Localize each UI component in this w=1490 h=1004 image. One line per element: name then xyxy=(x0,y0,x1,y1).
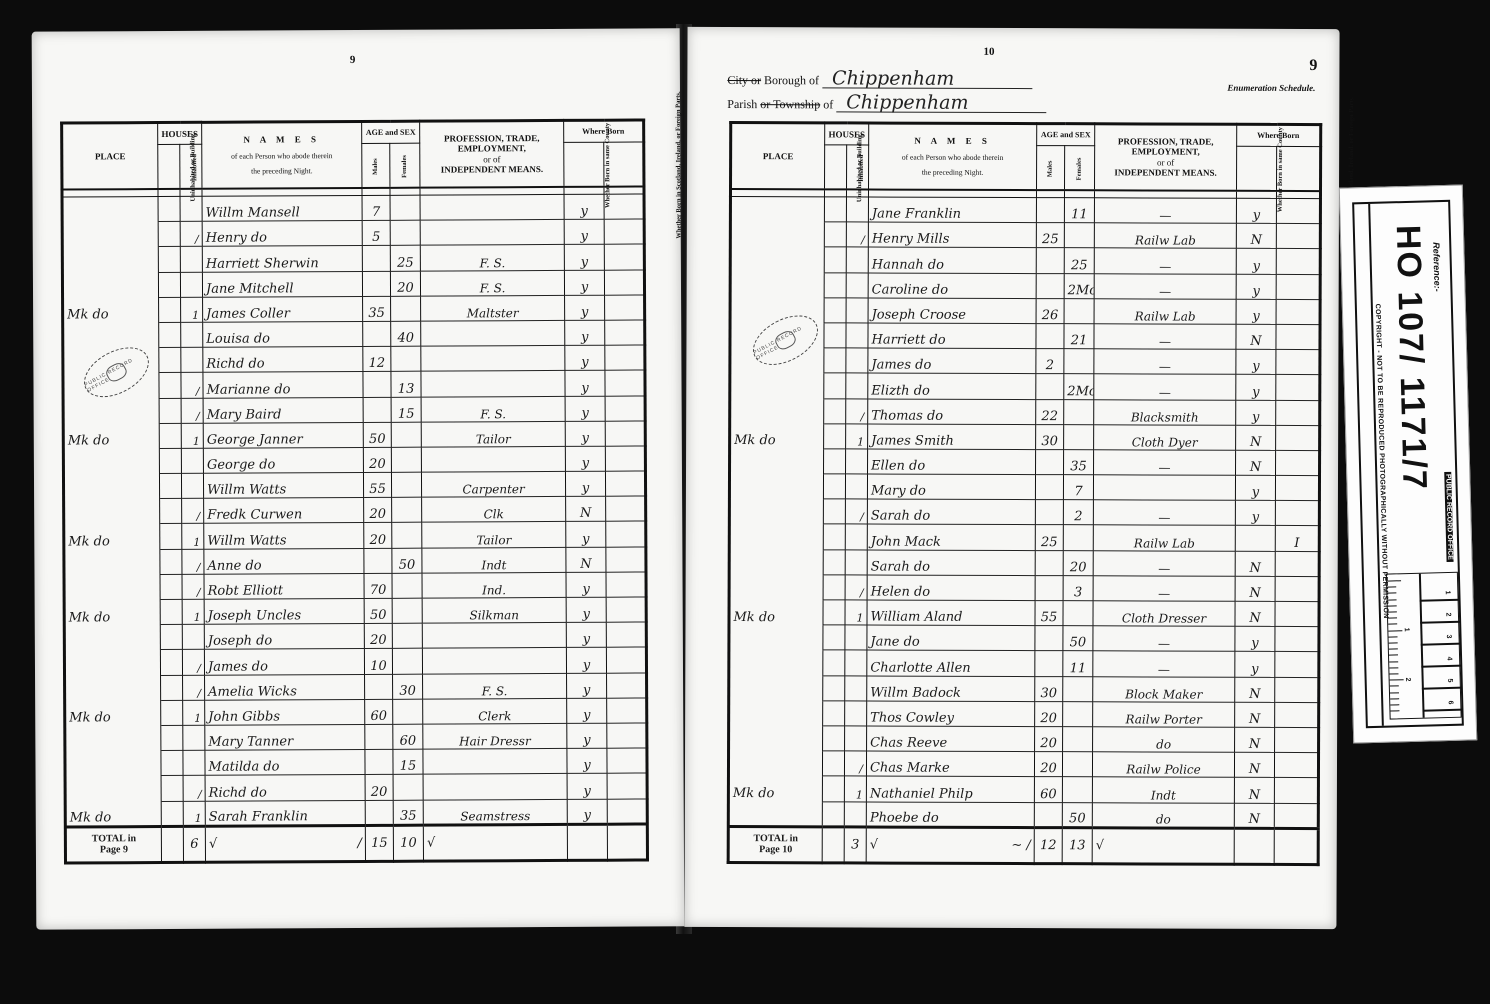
born-foreign-cell xyxy=(1276,350,1320,375)
female-age-cell: 2 xyxy=(1063,500,1093,525)
born-foreign-cell xyxy=(607,673,647,698)
male-age-cell xyxy=(1036,248,1064,273)
header-uninhabited: Uninhabited or Building xyxy=(158,144,180,188)
female-age-cell xyxy=(392,573,422,598)
inhabited-cell: / xyxy=(181,373,203,398)
census-row: Mk do1George Janner50Tailory xyxy=(63,421,645,449)
parish-value: Chippenham xyxy=(836,93,1046,113)
female-age-cell: 25 xyxy=(390,246,420,271)
name-cell: James Coller xyxy=(203,296,363,322)
profession-cell: Block Maker xyxy=(1093,676,1235,702)
male-age-cell: 20 xyxy=(363,447,391,472)
profession-cell xyxy=(421,371,565,397)
total-inhabited: 3 xyxy=(844,827,866,863)
total-row: TOTAL inPage 9 6 √/ 15 10 √ xyxy=(65,824,647,863)
inhabited-cell: / xyxy=(181,398,203,423)
uninhabited-cell xyxy=(823,625,845,650)
female-age-cell xyxy=(393,774,423,799)
borough-line: City or Borough of Chippenham xyxy=(727,69,1032,89)
female-age-cell xyxy=(391,422,421,447)
female-age-cell xyxy=(1063,727,1093,752)
place-cell xyxy=(63,448,159,474)
profession-cell: — xyxy=(1094,324,1236,350)
born-same-county-cell: N xyxy=(1235,551,1275,576)
profession-cell: — xyxy=(1093,500,1235,526)
born-foreign-cell xyxy=(1276,375,1320,400)
name-cell: Richd do xyxy=(205,775,365,801)
female-age-cell xyxy=(1064,349,1094,374)
born-same-county-cell: y xyxy=(1235,475,1275,500)
census-row: Mary do7y xyxy=(729,474,1319,501)
profession-cell: F. S. xyxy=(420,245,564,271)
inhabited-cell xyxy=(845,726,867,751)
male-age-cell: 25 xyxy=(1036,223,1064,248)
inhabited-cell xyxy=(846,298,868,323)
male-age-cell xyxy=(1034,802,1062,827)
female-age-cell: 2Mo xyxy=(1064,273,1094,298)
profession-cell: — xyxy=(1093,651,1235,677)
profession-cell: — xyxy=(1094,198,1236,224)
inhabited-cell: 1 xyxy=(844,776,866,801)
born-foreign-cell xyxy=(606,622,646,647)
scale-inch-tick xyxy=(1388,618,1397,619)
name-cell: James do xyxy=(868,348,1036,374)
male-age-cell: 60 xyxy=(1034,777,1062,802)
uninhabited-cell xyxy=(823,650,845,675)
uninhabited-cell xyxy=(160,574,182,599)
born-same-county-cell: y xyxy=(567,723,607,748)
census-row: Hannah do25—y xyxy=(730,247,1320,274)
inhabited-cell: / xyxy=(182,650,204,675)
uninhabited-cell xyxy=(159,322,181,347)
place-cell xyxy=(729,675,823,701)
reference-card: Reference:- HO 107/ 1171/7 COPYRIGHT - N… xyxy=(1339,184,1478,743)
name-cell: Joseph Uncles xyxy=(204,598,364,624)
total-profession: √ xyxy=(1092,827,1234,863)
uninhabited-cell xyxy=(824,272,846,297)
born-same-county-cell: y xyxy=(565,446,605,471)
name-cell: Harriett do xyxy=(868,323,1036,349)
scale-cm-label: 3 xyxy=(1445,634,1452,638)
right-page-number-corner: 9 xyxy=(1309,57,1317,75)
header-born-same-county: Whether Born in same County xyxy=(564,142,604,186)
place-cell xyxy=(729,574,823,600)
place-cell xyxy=(62,197,158,223)
uninhabited-cell xyxy=(823,549,845,574)
male-age-cell: 20 xyxy=(1035,727,1063,752)
born-same-county-cell: N xyxy=(1235,727,1275,752)
census-row: Richd do12y xyxy=(63,345,645,373)
census-row: Willm Watts55Carpentery xyxy=(63,471,645,499)
profession-cell: Seamstress xyxy=(423,799,567,825)
name-cell: Thomas do xyxy=(868,398,1036,424)
census-row: /Fredk Curwen20ClkN xyxy=(64,496,646,524)
right-page: 10 9 City or Borough of Chippenham Paris… xyxy=(684,27,1339,929)
census-row: Willm Mansell7y xyxy=(62,194,644,222)
male-age-cell: 26 xyxy=(1036,298,1064,323)
born-foreign-cell: I xyxy=(1275,526,1319,551)
uninhabited-cell xyxy=(161,776,183,801)
uninhabited-cell xyxy=(159,398,181,423)
name-cell: Sarah do xyxy=(867,499,1035,525)
profession-cell: Blacksmith xyxy=(1094,399,1236,425)
uninhabited-cell xyxy=(159,473,181,498)
uninhabited-cell xyxy=(823,600,845,625)
born-same-county-cell: N xyxy=(566,496,606,521)
male-age-cell: 20 xyxy=(364,624,392,649)
uninhabited-cell xyxy=(824,449,846,474)
born-foreign-cell xyxy=(607,748,647,773)
uninhabited-cell xyxy=(822,801,844,826)
born-same-county-cell: y xyxy=(1236,400,1276,425)
left-page-number: 9 xyxy=(350,54,356,66)
uninhabited-cell xyxy=(823,701,845,726)
name-cell: Jane Franklin xyxy=(868,197,1036,223)
census-row: Chas Reeve20doN xyxy=(729,725,1319,752)
census-row: /Robt Elliott70Ind.y xyxy=(64,572,646,600)
born-foreign-cell xyxy=(606,647,646,672)
place-cell xyxy=(62,247,158,273)
place-cell: Mk do xyxy=(65,801,161,827)
profession-cell: — xyxy=(1093,626,1235,652)
scale-cm-tick xyxy=(1420,599,1460,602)
census-row: Charlotte Allen11—y xyxy=(729,650,1319,677)
profession-cell: — xyxy=(1094,248,1236,274)
scale-inch-tick xyxy=(1389,636,1398,637)
header-profession: PROFESSION, TRADE, EMPLOYMENT, or of IND… xyxy=(1095,124,1237,190)
census-row: Sarah do20—N xyxy=(729,549,1319,576)
name-cell: James Smith xyxy=(868,424,1036,450)
inhabited-cell xyxy=(846,247,868,272)
place-cell: Mk do xyxy=(730,423,824,449)
female-age-cell xyxy=(1063,601,1093,626)
born-foreign-cell xyxy=(605,345,645,370)
born-same-county-cell: y xyxy=(565,295,605,320)
place-cell xyxy=(729,700,823,726)
born-same-county-cell: y xyxy=(564,270,604,295)
born-foreign-cell xyxy=(1274,753,1318,778)
male-age-cell xyxy=(362,271,390,296)
census-row: /Chas Marke20Railw PoliceN xyxy=(728,751,1318,778)
place-cell xyxy=(64,650,160,676)
scale-inch-tick xyxy=(1388,624,1397,625)
reference-label: Reference:- xyxy=(1431,242,1442,292)
male-age-cell xyxy=(365,749,393,774)
profession-cell: Railw Police xyxy=(1092,752,1234,778)
uninhabited-cell xyxy=(824,222,846,247)
name-cell: George Janner xyxy=(203,422,363,448)
uninhabited-cell xyxy=(158,247,180,272)
name-cell: Robt Elliott xyxy=(204,573,364,599)
born-foreign-cell xyxy=(1276,224,1320,249)
header-males: Males xyxy=(362,143,390,187)
name-cell: Nathaniel Philp xyxy=(866,776,1034,802)
born-same-county-cell: y xyxy=(1235,501,1275,526)
header-age-sex: AGE and SEX xyxy=(362,121,420,143)
uninhabited-cell xyxy=(824,424,846,449)
uninhabited-cell xyxy=(823,474,845,499)
born-foreign-cell xyxy=(1276,450,1320,475)
inhabited-cell: 1 xyxy=(181,297,203,322)
census-row: Mk do1James Smith30Cloth DyerN xyxy=(730,423,1320,450)
uninhabited-cell xyxy=(160,599,182,624)
scale-cm-label: 6 xyxy=(1447,700,1454,704)
born-same-county-cell: y xyxy=(566,597,606,622)
born-same-county-cell: y xyxy=(565,471,605,496)
header-profession: PROFESSION, TRADE, EMPLOYMENT, or of IND… xyxy=(420,120,564,187)
uninhabited-cell xyxy=(159,348,181,373)
place-cell: Mk do xyxy=(63,423,159,449)
born-same-county-cell: y xyxy=(1236,375,1276,400)
male-age-cell xyxy=(364,548,392,573)
born-foreign-cell xyxy=(1275,627,1319,652)
total-females: 13 xyxy=(1062,827,1092,863)
place-cell xyxy=(63,373,159,399)
uninhabited-cell xyxy=(823,575,845,600)
born-same-county-cell: y xyxy=(566,572,606,597)
male-age-cell: 2 xyxy=(1036,349,1064,374)
scale-inch-tick xyxy=(1387,593,1396,594)
profession-cell: do xyxy=(1092,802,1234,828)
census-row: /Marianne do13y xyxy=(63,370,645,398)
uninhabited-cell xyxy=(158,222,180,247)
census-row: Thos Cowley20Railw PorterN xyxy=(729,700,1319,727)
born-same-county-cell: y xyxy=(565,345,605,370)
born-foreign-cell xyxy=(1276,400,1320,425)
census-table-left: PLACE HOUSES N A M E S of each Person wh… xyxy=(60,118,649,864)
profession-cell: Clerk xyxy=(423,698,567,724)
born-foreign-cell xyxy=(606,547,646,572)
born-same-county-cell: y xyxy=(567,698,607,723)
name-cell: Mary do xyxy=(867,474,1035,500)
profession-cell xyxy=(420,194,564,220)
schedule-label: Enumeration Schedule. xyxy=(1227,83,1315,93)
inhabited-cell: 1 xyxy=(181,423,203,448)
name-cell: Chas Marke xyxy=(866,751,1034,777)
inhabited-cell: 1 xyxy=(845,600,867,625)
profession-cell: Indt xyxy=(422,547,566,573)
name-cell: Willm Watts xyxy=(203,473,363,499)
name-cell: Jane Mitchell xyxy=(202,271,362,297)
reference-card-frame: Reference:- HO 107/ 1171/7 COPYRIGHT - N… xyxy=(1352,200,1464,728)
inhabited-cell xyxy=(845,625,867,650)
inhabited-cell: / xyxy=(182,549,204,574)
census-row: Harriett do21—N xyxy=(730,322,1320,349)
male-age-cell xyxy=(1036,273,1064,298)
place-cell xyxy=(729,499,823,525)
born-foreign-cell xyxy=(604,219,644,244)
name-cell: Joseph do xyxy=(204,624,364,650)
inhabited-cell xyxy=(181,473,203,498)
name-cell: Willm Watts xyxy=(204,523,364,549)
born-same-county-cell: N xyxy=(1236,223,1276,248)
male-age-cell xyxy=(1036,324,1064,349)
female-age-cell xyxy=(390,220,420,245)
name-cell: Marianne do xyxy=(203,372,363,398)
male-age-cell: 12 xyxy=(363,346,391,371)
profession-cell: Cloth Dresser xyxy=(1093,601,1235,627)
born-foreign-cell xyxy=(605,421,645,446)
male-age-cell xyxy=(1035,651,1063,676)
uninhabited-cell xyxy=(160,524,182,549)
male-age-cell: 70 xyxy=(364,573,392,598)
male-age-cell xyxy=(365,724,393,749)
female-age-cell xyxy=(1064,399,1094,424)
born-same-county-cell: y xyxy=(1235,626,1275,651)
name-cell: Charlotte Allen xyxy=(867,650,1035,676)
born-foreign-cell xyxy=(607,698,647,723)
profession-cell xyxy=(421,320,565,346)
inhabited-cell: / xyxy=(845,499,867,524)
scale-cm-label: 2 xyxy=(1444,612,1451,616)
census-row: Jane do50—y xyxy=(729,625,1319,652)
female-age-cell xyxy=(1062,752,1092,777)
male-age-cell xyxy=(362,246,390,271)
inhabited-cell: / xyxy=(182,574,204,599)
female-age-cell: 11 xyxy=(1063,651,1093,676)
measurement-scale: 12345612 xyxy=(1386,572,1462,720)
profession-cell xyxy=(422,648,566,674)
census-row: /Henry Mills25Railw LabN xyxy=(730,222,1320,249)
scale-inch-tick xyxy=(1389,642,1398,643)
scale-inch-tick xyxy=(1387,587,1396,588)
scale-inch-tick xyxy=(1389,649,1398,650)
header-males: Males xyxy=(1037,146,1065,190)
born-foreign-cell xyxy=(1275,601,1319,626)
inhabited-cell xyxy=(183,750,205,775)
born-foreign-cell xyxy=(605,295,645,320)
profession-cell: Railw Lab xyxy=(1094,223,1236,249)
census-row: Mk do1James Coller35Maltstery xyxy=(63,295,645,323)
place-cell xyxy=(729,474,823,500)
uninhabited-cell xyxy=(824,298,846,323)
scale-cm-tick xyxy=(1420,621,1460,624)
census-row: Phoebe do50doN xyxy=(728,801,1318,828)
scale-inch-tick xyxy=(1389,661,1398,662)
borough-value: Chippenham xyxy=(822,69,1032,89)
male-age-cell: 10 xyxy=(364,649,392,674)
census-row: Ellen do35—N xyxy=(730,448,1320,475)
uninhabited-cell xyxy=(161,725,183,750)
born-foreign-cell xyxy=(1276,425,1320,450)
scale-inch-tick xyxy=(1389,673,1398,674)
header-place: PLACE xyxy=(731,123,825,189)
inhabited-cell: / xyxy=(180,221,202,246)
scale-cm-tick xyxy=(1421,643,1461,646)
profession-cell xyxy=(422,623,566,649)
born-foreign-cell xyxy=(607,773,647,798)
place-cell xyxy=(64,625,160,651)
scale-cm-label: 1 xyxy=(1444,590,1451,594)
inhabited-cell xyxy=(846,449,868,474)
scale-inch-tick xyxy=(1388,611,1397,612)
male-age-cell xyxy=(1036,374,1064,399)
census-row: Elizth do2Mo—y xyxy=(730,373,1320,400)
place-cell xyxy=(728,751,822,777)
male-age-cell: 60 xyxy=(365,699,393,724)
born-same-county-cell: y xyxy=(1235,652,1275,677)
male-age-cell: 55 xyxy=(363,472,391,497)
place-cell xyxy=(65,675,161,701)
total-profession: √ xyxy=(423,824,567,861)
female-age-cell xyxy=(1064,424,1094,449)
born-foreign-cell xyxy=(1274,803,1318,828)
scale-inch-tick xyxy=(1388,599,1397,600)
inhabited-cell xyxy=(180,247,202,272)
female-age-cell: 40 xyxy=(391,321,421,346)
scale-inch-tick xyxy=(1390,704,1399,705)
male-age-cell xyxy=(365,800,393,825)
place-cell xyxy=(729,549,823,575)
born-foreign-cell xyxy=(606,496,646,521)
uninhabited-cell xyxy=(824,348,846,373)
born-same-county-cell: y xyxy=(1236,274,1276,299)
profession-cell: Tailor xyxy=(421,421,565,447)
uninhabited-cell xyxy=(161,801,183,826)
inhabited-cell xyxy=(846,323,868,348)
born-same-county-cell xyxy=(1235,526,1275,551)
census-table-right: PLACE HOUSES N A M E S of each Person wh… xyxy=(727,121,1323,866)
female-age-cell xyxy=(1063,676,1093,701)
female-age-cell xyxy=(1064,223,1094,248)
header-age-sex: AGE and SEX xyxy=(1037,124,1095,146)
place-cell xyxy=(63,398,159,424)
name-cell: Ellen do xyxy=(868,449,1036,475)
male-age-cell xyxy=(1035,500,1063,525)
census-row: Harriett Sherwin25F. S.y xyxy=(62,244,644,272)
place-cell xyxy=(728,801,822,827)
born-foreign-cell xyxy=(1275,702,1319,727)
male-age-cell xyxy=(363,321,391,346)
place-cell: Mk do xyxy=(65,700,161,726)
scale-cm-tick xyxy=(1422,687,1462,690)
profession-cell: Railw Porter xyxy=(1093,702,1235,728)
female-age-cell: 35 xyxy=(393,800,423,825)
born-foreign-cell xyxy=(1276,274,1320,299)
place-cell: Mk do xyxy=(728,776,822,802)
inhabited-cell: 1 xyxy=(182,524,204,549)
name-cell: George do xyxy=(203,447,363,473)
census-row: /Helen do3—N xyxy=(729,574,1319,601)
inhabited-cell: 1 xyxy=(846,424,868,449)
name-cell: Thos Cowley xyxy=(867,701,1035,727)
inhabited-cell xyxy=(181,322,203,347)
place-cell xyxy=(63,348,159,374)
name-cell: Anne do xyxy=(204,548,364,574)
female-age-cell: 2Mo xyxy=(1064,374,1094,399)
born-foreign-cell xyxy=(606,597,646,622)
census-row: /Richd do20y xyxy=(65,773,647,801)
total-born xyxy=(567,824,607,860)
name-cell: Mary Tanner xyxy=(205,724,365,750)
place-cell: Mk do xyxy=(729,600,823,626)
total-names: √/ xyxy=(205,825,365,862)
born-foreign-cell xyxy=(606,521,646,546)
name-cell: Harriett Sherwin xyxy=(202,246,362,272)
profession-cell: — xyxy=(1094,374,1236,400)
born-same-county-cell: y xyxy=(565,396,605,421)
male-age-cell: 5 xyxy=(362,221,390,246)
born-same-county-cell: y xyxy=(1236,349,1276,374)
total-born xyxy=(1234,828,1274,864)
born-foreign-cell xyxy=(1275,475,1319,500)
born-same-county-cell: y xyxy=(567,799,607,824)
female-age-cell xyxy=(390,195,420,220)
profession-cell: Indt xyxy=(1092,777,1234,803)
parish-line: Parish or Township of Chippenham xyxy=(727,93,1046,113)
born-same-county-cell: N xyxy=(1234,803,1274,828)
born-foreign-cell xyxy=(607,798,647,823)
